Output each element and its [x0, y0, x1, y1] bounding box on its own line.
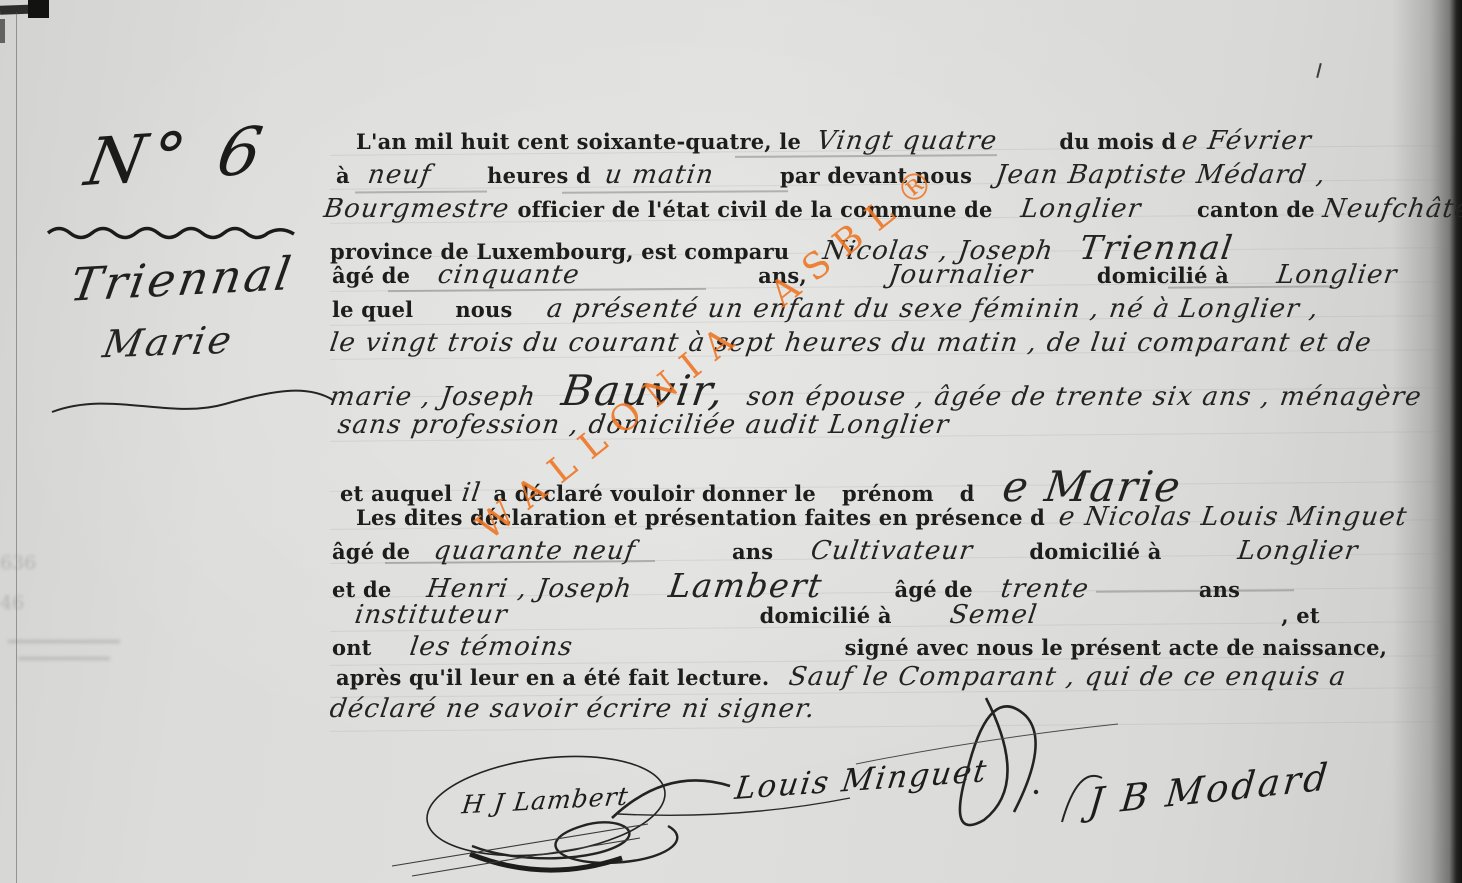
handwritten-entry: marie , Joseph	[328, 382, 538, 412]
printed-form-text: âgé de	[332, 539, 410, 564]
scan-edge-nub	[0, 19, 5, 43]
printed-form-text: domicilié à	[1029, 539, 1161, 564]
handwritten-entry: son épouse , âgée de trente six ans , mé…	[745, 382, 1424, 412]
printed-form-text: Les dites déclaration et présentation fa…	[356, 505, 1045, 530]
ink-dot	[1034, 790, 1038, 794]
margin-swash	[52, 391, 333, 412]
printed-form-text: ont	[332, 635, 372, 660]
handwritten-entry: Longlier	[1235, 536, 1360, 566]
printed-form-text: du mois d	[1059, 129, 1176, 154]
text-line-13: et deHenri , JosephLambertâgé detrentean…	[332, 566, 1240, 602]
text-line-5: âgé decinquanteans,Journalierdomicilié à…	[332, 260, 1397, 296]
handwritten-entry: Journalier	[887, 260, 1035, 290]
handwritten-entry: Neufchâteau ,	[1321, 194, 1462, 224]
margin-given-name: Marie	[100, 318, 238, 366]
signature-officer-modard: J B Modard	[1086, 755, 1332, 824]
text-line-16: après qu'il leur en a été fait lecture.S…	[336, 662, 1347, 698]
text-line-4: province de Luxembourg, est comparuNicol…	[330, 228, 1233, 264]
margin-surname: Triennal	[67, 246, 298, 311]
printed-form-text: ans	[1199, 577, 1240, 602]
handwritten-entry: Jean Baptiste Médard ,	[994, 160, 1328, 190]
bleedthrough-smudge	[8, 640, 120, 643]
text-line-1: L'an mil huit cent soixante-quatre, leVi…	[356, 126, 1312, 162]
printed-form-text: signé avec nous le présent acte de naiss…	[845, 635, 1388, 660]
handwritten-entry: Cultivateur	[809, 536, 975, 566]
printed-form-text: domicilié à	[760, 603, 892, 628]
stray-ink-tick	[1316, 63, 1322, 78]
margin-rule-line	[16, 12, 17, 883]
handwritten-entry: Bourgmestre	[322, 194, 512, 224]
text-line-7: le vingt trois du courant à sept heures …	[330, 328, 1372, 364]
printed-form-text: à	[336, 163, 350, 188]
handwritten-entry: u matin	[603, 160, 716, 190]
printed-form-text: ans	[732, 539, 773, 564]
printed-form-text: après qu'il leur en a été fait lecture.	[336, 665, 769, 690]
handwritten-entry: neuf	[366, 160, 434, 190]
handwritten-entry: déclaré ne savoir écrire ni signer.	[328, 694, 818, 724]
bleedthrough-number: 46	[0, 592, 24, 614]
handwritten-entry: Sauf le Comparant , qui de ce enquis a	[787, 662, 1348, 692]
handwritten-entry: cinquante	[436, 260, 582, 290]
handwritten-entry: e Février	[1180, 126, 1314, 156]
bleedthrough-smudge	[18, 657, 110, 660]
signature-thick-arc	[470, 854, 622, 870]
text-line-8: marie , JosephBauvir,son épouse , âgée d…	[330, 366, 1422, 402]
signature-scribble	[472, 822, 677, 863]
printed-form-text: et de	[332, 577, 391, 602]
printed-form-text: L'an mil huit cent soixante-quatre, le	[356, 129, 801, 154]
signature-witness-lambert: H J Lambert	[460, 782, 630, 820]
text-line-10: et auquelila déclaré vouloir donner lepr…	[340, 462, 1181, 498]
signature-witness-minguet: Louis Minguet	[733, 753, 991, 807]
margin-squiggle	[48, 229, 294, 238]
printed-form-text: heures d	[487, 163, 591, 188]
printed-form-text: canton de	[1197, 197, 1315, 222]
printed-form-text: le quel	[332, 297, 413, 322]
handwritten-entry: Longlier	[1019, 194, 1144, 224]
handwritten-entry: le vingt trois du courant à sept heures …	[328, 328, 1374, 358]
text-line-6: le quelnousa présenté un enfant du sexe …	[332, 294, 1318, 330]
printed-form-text: âgé de	[332, 263, 410, 288]
printed-form-text: nous	[455, 297, 512, 322]
text-line-17: déclaré ne savoir écrire ni signer.	[330, 694, 815, 730]
handwritten-entry: a présenté un enfant du sexe féminin , n…	[544, 294, 1320, 324]
signature-cross-strokes	[392, 824, 648, 876]
printed-form-text: domicilié à	[1097, 263, 1229, 288]
handwritten-entry: e Nicolas Louis Minguet	[1057, 502, 1410, 532]
handwritten-entry: quarante neuf	[432, 536, 638, 566]
scan-corner-mark	[28, 0, 49, 18]
printed-form-text: âgé de	[895, 577, 973, 602]
handwritten-entry: Longlier	[1275, 260, 1400, 290]
handwritten-entry: les témoins	[407, 632, 574, 662]
scanned-register-page: N° 6 Triennal Marie L'an mil huit cent s…	[0, 0, 1462, 883]
bleedthrough-number: 636	[0, 552, 36, 574]
binding-shadow	[1392, 0, 1462, 883]
text-line-14: instituteurdomicilié àSemel, et	[355, 600, 1320, 636]
printed-form-text: , et	[1281, 603, 1319, 628]
handwritten-entry: instituteur	[353, 600, 510, 630]
act-number: N° 6	[80, 112, 274, 201]
handwritten-entry: Semel	[948, 600, 1040, 630]
text-line-2: àneufheures du matinpar devant nousJean …	[336, 160, 1326, 196]
